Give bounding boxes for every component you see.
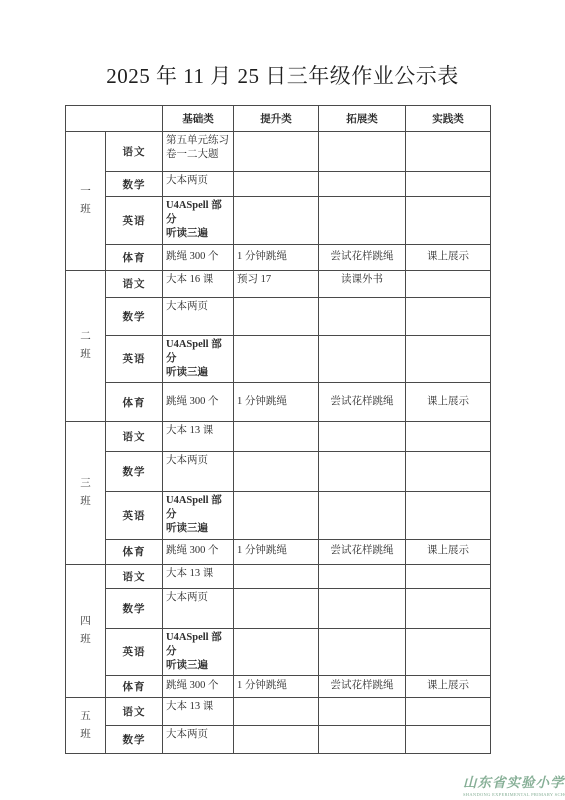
homework-cell: 跳绳 300 个 (163, 244, 234, 270)
homework-cell (406, 422, 491, 452)
homework-cell: 预习 17 (234, 270, 319, 297)
subject-label: 数学 (106, 452, 163, 492)
homework-cell: U4ASpell 部分 听读三遍 (163, 335, 234, 383)
homework-cell (234, 452, 319, 492)
homework-cell (234, 197, 319, 245)
table-row: 三班 语文 大本 13 课 (66, 422, 491, 452)
homework-cell (319, 564, 406, 588)
watermark-english-name: SHANDONG EXPERIMENTAL PRIMARY SCHOOL (463, 792, 563, 797)
table-row: 数学 大本两页 (66, 297, 491, 335)
homework-cell (234, 726, 319, 754)
table-row: 一班 语文 第五单元练习 卷一二大题 (66, 132, 491, 172)
subject-label: 体育 (106, 244, 163, 270)
homework-cell: 课上展示 (406, 244, 491, 270)
table-row: 英语 U4ASpell 部分 听读三遍 (66, 197, 491, 245)
homework-cell (234, 492, 319, 540)
homework-cell (319, 588, 406, 628)
table-row: 数学 大本两页 (66, 452, 491, 492)
homework-cell: 第五单元练习 卷一二大题 (163, 132, 234, 172)
subject-label: 语文 (106, 564, 163, 588)
table-row: 英语 U4ASpell 部分 听读三遍 (66, 628, 491, 676)
homework-cell (319, 628, 406, 676)
school-watermark: 山东省实验小学 SHANDONG EXPERIMENTAL PRIMARY SC… (463, 771, 563, 797)
homework-cell: 跳绳 300 个 (163, 676, 234, 698)
class-label: 五班 (80, 708, 91, 743)
homework-cell (234, 588, 319, 628)
table-row: 英语 U4ASpell 部分 听读三遍 (66, 335, 491, 383)
homework-cell: 尝试花样跳绳 (319, 676, 406, 698)
homework-cell (406, 197, 491, 245)
homework-cell: U4ASpell 部分 听读三遍 (163, 492, 234, 540)
homework-cell (319, 172, 406, 197)
column-header-expand: 拓展类 (319, 106, 406, 132)
homework-cell (234, 698, 319, 726)
homework-cell: U4ASpell 部分 听读三遍 (163, 628, 234, 676)
class-label: 二班 (80, 328, 91, 363)
homework-cell (406, 564, 491, 588)
table-row: 体育 跳绳 300 个 1 分钟跳绳 尝试花样跳绳 课上展示 (66, 244, 491, 270)
homework-cell: 跳绳 300 个 (163, 539, 234, 564)
table-row: 体育 跳绳 300 个 1 分钟跳绳 尝试花样跳绳 课上展示 (66, 383, 491, 422)
header-row: 基础类 提升类 拓展类 实践类 (66, 106, 491, 132)
homework-cell (406, 172, 491, 197)
class-label-cell: 五班 (66, 698, 106, 754)
column-header-practice: 实践类 (406, 106, 491, 132)
table-row: 体育 跳绳 300 个 1 分钟跳绳 尝试花样跳绳 课上展示 (66, 539, 491, 564)
table-row: 数学 大本两页 (66, 588, 491, 628)
document-page: 2025 年 11 月 25 日三年级作业公示表 基础类 提升类 拓展类 实践类… (0, 0, 565, 800)
page-title: 2025 年 11 月 25 日三年级作业公示表 (0, 60, 565, 90)
homework-cell: 课上展示 (406, 539, 491, 564)
class-label-cell: 四班 (66, 564, 106, 698)
homework-cell (234, 564, 319, 588)
homework-cell: 大本两页 (163, 726, 234, 754)
class-label-cell: 三班 (66, 422, 106, 565)
homework-cell: 1 分钟跳绳 (234, 676, 319, 698)
subject-label: 英语 (106, 492, 163, 540)
homework-cell (234, 172, 319, 197)
homework-cell (406, 726, 491, 754)
corner-cell (66, 106, 163, 132)
homework-cell: 1 分钟跳绳 (234, 539, 319, 564)
homework-cell (406, 270, 491, 297)
homework-cell (319, 335, 406, 383)
homework-cell: 大本两页 (163, 588, 234, 628)
class-label-cell: 二班 (66, 270, 106, 422)
table-row: 数学 大本两页 (66, 726, 491, 754)
homework-cell (406, 628, 491, 676)
homework-cell: 尝试花样跳绳 (319, 539, 406, 564)
homework-cell: 课上展示 (406, 383, 491, 422)
table-row: 五班 语文 大本 13 课 (66, 698, 491, 726)
subject-label: 英语 (106, 335, 163, 383)
subject-label: 体育 (106, 676, 163, 698)
homework-cell (234, 132, 319, 172)
subject-label: 英语 (106, 197, 163, 245)
homework-cell (406, 492, 491, 540)
homework-cell (319, 197, 406, 245)
homework-cell (406, 588, 491, 628)
homework-cell (406, 297, 491, 335)
homework-cell (319, 297, 406, 335)
homework-cell: 课上展示 (406, 676, 491, 698)
homework-cell: 大本 13 课 (163, 422, 234, 452)
class-label: 一班 (80, 183, 91, 218)
subject-label: 英语 (106, 628, 163, 676)
homework-cell: 读课外书 (319, 270, 406, 297)
table-row: 二班 语文 大本 16 课 预习 17 读课外书 (66, 270, 491, 297)
homework-cell: 1 分钟跳绳 (234, 383, 319, 422)
homework-cell (319, 726, 406, 754)
homework-cell (406, 698, 491, 726)
homework-table: 基础类 提升类 拓展类 实践类 一班 语文 第五单元练习 卷一二大题 数学 大本… (65, 105, 491, 754)
table-row: 体育 跳绳 300 个 1 分钟跳绳 尝试花样跳绳 课上展示 (66, 676, 491, 698)
homework-cell (319, 452, 406, 492)
subject-label: 体育 (106, 539, 163, 564)
class-label-cell: 一班 (66, 132, 106, 271)
homework-cell (234, 297, 319, 335)
homework-cell (319, 422, 406, 452)
homework-cell: 尝试花样跳绳 (319, 383, 406, 422)
subject-label: 数学 (106, 172, 163, 197)
homework-cell (406, 132, 491, 172)
class-label: 四班 (80, 613, 91, 648)
homework-cell: 大本两页 (163, 297, 234, 335)
table-row: 四班 语文 大本 13 课 (66, 564, 491, 588)
column-header-basic: 基础类 (163, 106, 234, 132)
homework-cell: 大本两页 (163, 172, 234, 197)
subject-label: 语文 (106, 270, 163, 297)
homework-cell (234, 422, 319, 452)
table-row: 英语 U4ASpell 部分 听读三遍 (66, 492, 491, 540)
subject-label: 体育 (106, 383, 163, 422)
subject-label: 语文 (106, 422, 163, 452)
subject-label: 数学 (106, 297, 163, 335)
homework-cell (406, 452, 491, 492)
homework-cell (234, 335, 319, 383)
table-row: 数学 大本两页 (66, 172, 491, 197)
watermark-chinese-name: 山东省实验小学 (463, 771, 563, 791)
homework-cell (319, 698, 406, 726)
homework-cell (406, 335, 491, 383)
homework-cell: 尝试花样跳绳 (319, 244, 406, 270)
subject-label: 数学 (106, 726, 163, 754)
homework-cell: 1 分钟跳绳 (234, 244, 319, 270)
homework-cell: 大本 16 课 (163, 270, 234, 297)
homework-cell: 大本 13 课 (163, 698, 234, 726)
subject-label: 语文 (106, 698, 163, 726)
homework-cell (319, 132, 406, 172)
subject-label: 语文 (106, 132, 163, 172)
column-header-improve: 提升类 (234, 106, 319, 132)
homework-cell: 大本两页 (163, 452, 234, 492)
homework-cell (234, 628, 319, 676)
homework-cell (319, 492, 406, 540)
homework-cell: U4ASpell 部分 听读三遍 (163, 197, 234, 245)
homework-cell: 跳绳 300 个 (163, 383, 234, 422)
class-label: 三班 (80, 475, 91, 510)
subject-label: 数学 (106, 588, 163, 628)
homework-cell: 大本 13 课 (163, 564, 234, 588)
